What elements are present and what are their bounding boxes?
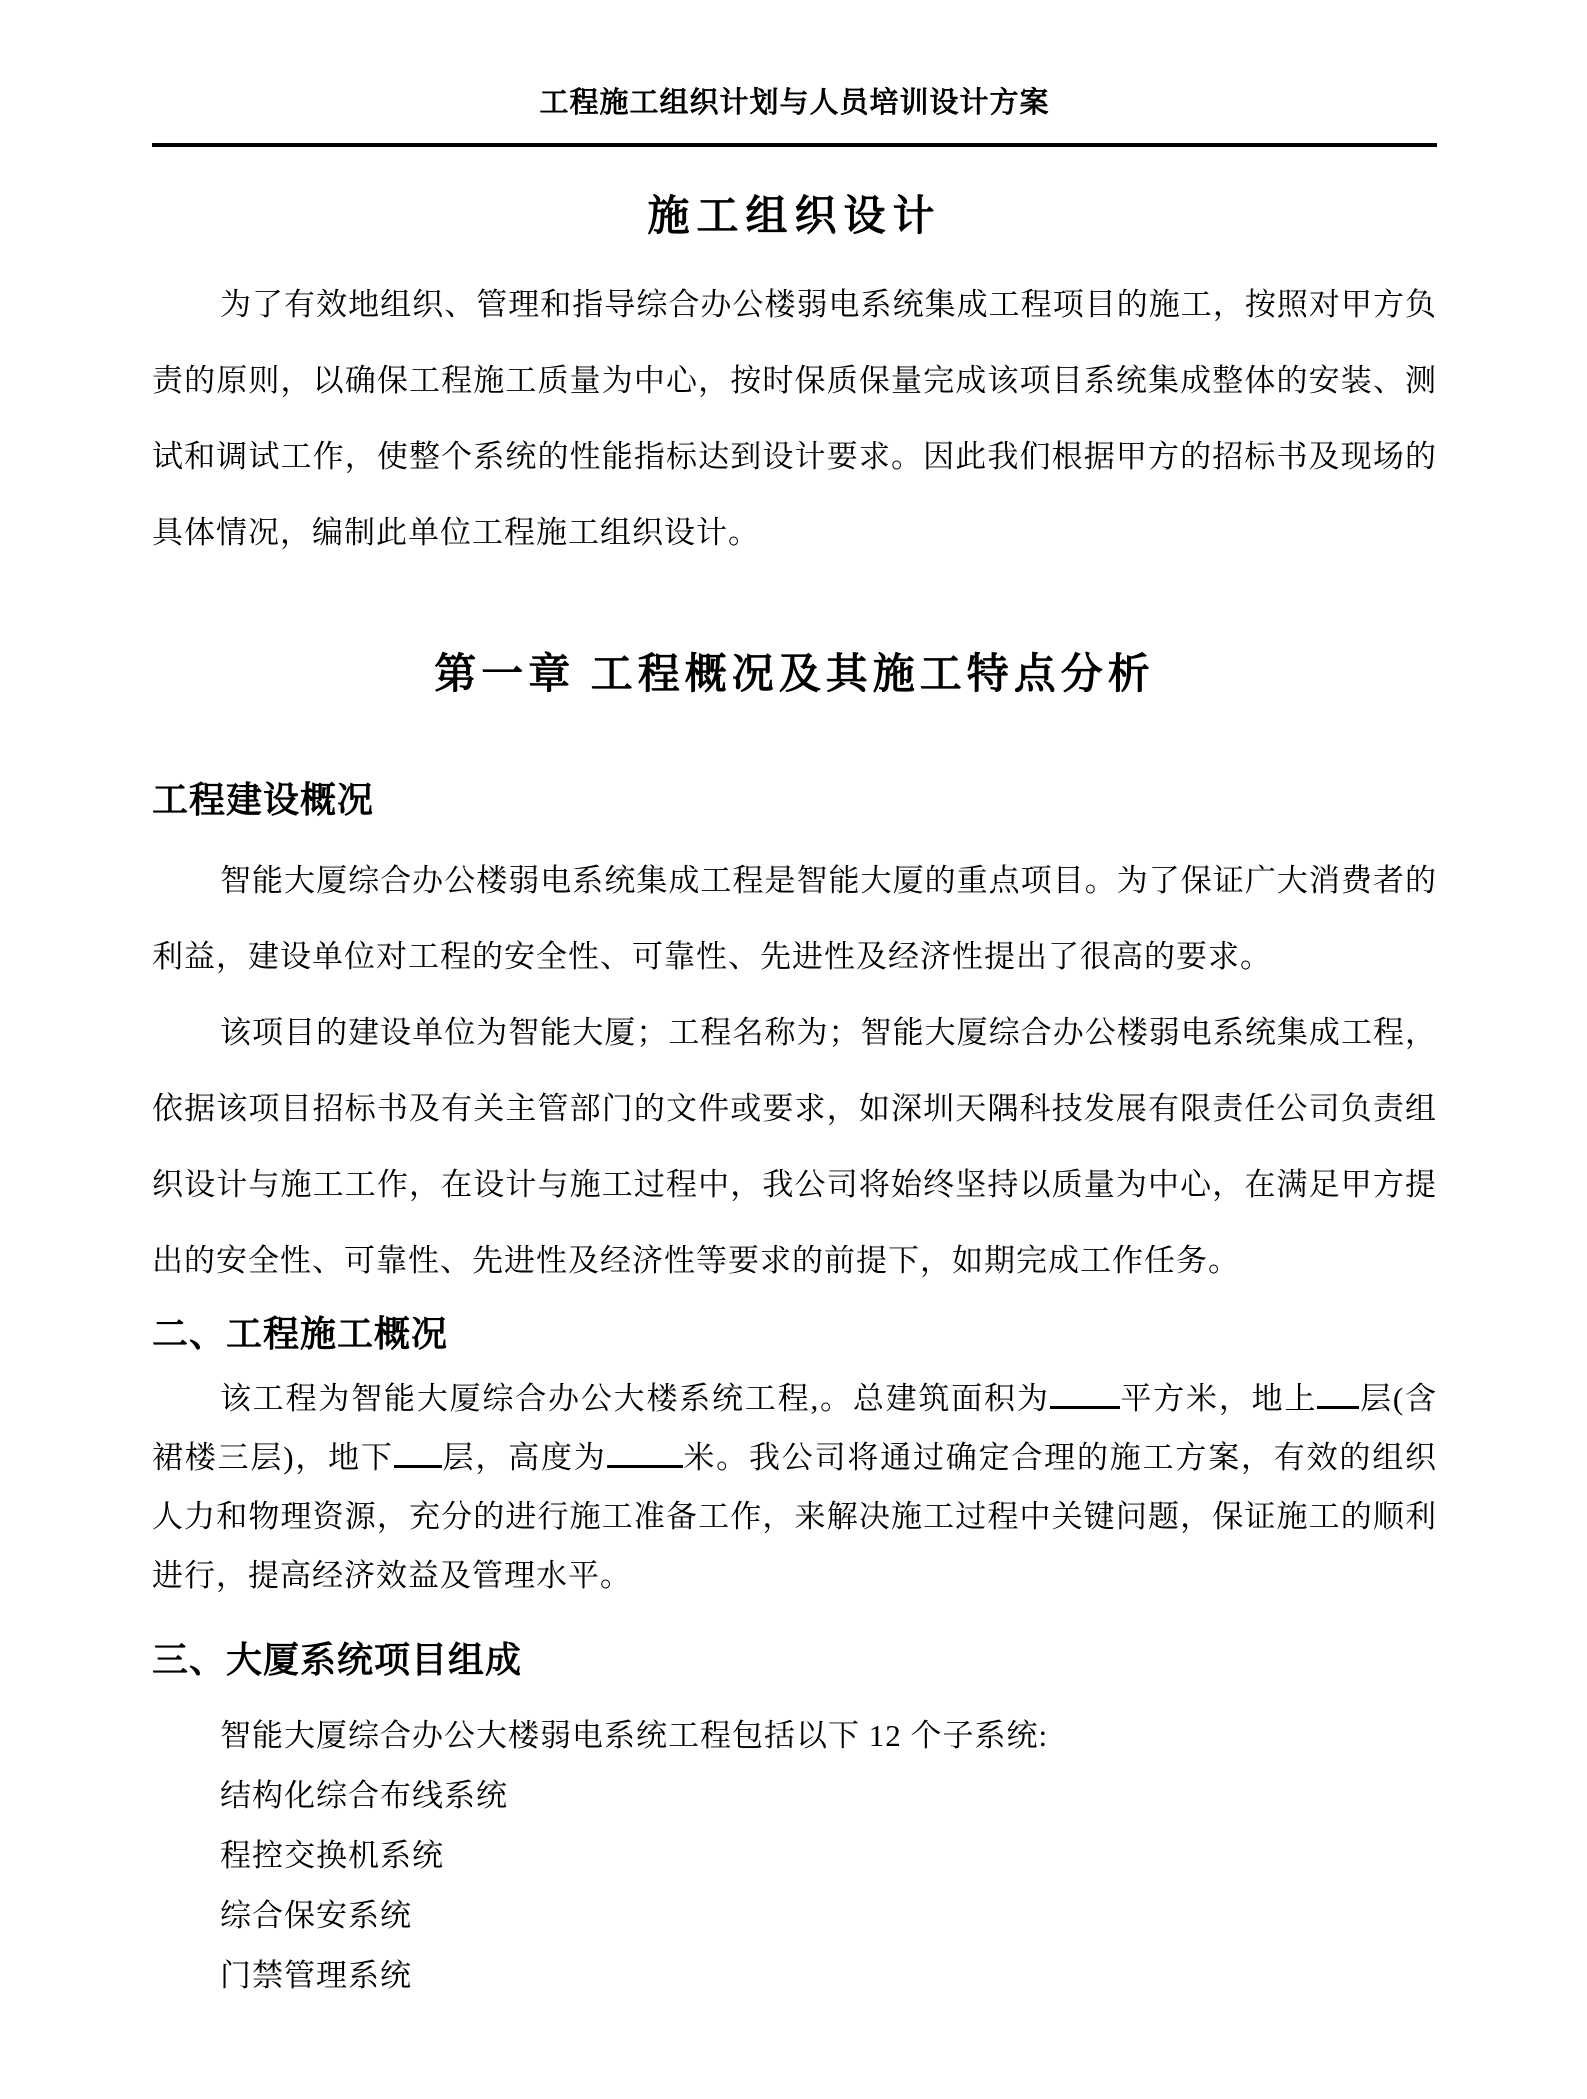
section-heading-systems: 三、大厦系统项目组成 bbox=[152, 1635, 1437, 1685]
overview-paragraph-1: 智能大厦综合办公楼弱电系统集成工程是智能大厦的重点项目。为了保证广大消费者的利益… bbox=[152, 843, 1437, 995]
system-list-item: 结构化综合布线系统 bbox=[152, 1766, 1437, 1826]
overview-paragraph-2: 该项目的建设单位为智能大厦；工程名称为；智能大厦综合办公楼弱电系统集成工程，依据… bbox=[152, 995, 1437, 1299]
construction-text-segment: 层，高度为 bbox=[442, 1440, 607, 1475]
construction-text-segment: 平方米，地上 bbox=[1120, 1381, 1318, 1416]
system-list-item: 综合保安系统 bbox=[152, 1886, 1437, 1946]
fill-in-blank-floors-above bbox=[1317, 1372, 1359, 1409]
intro-paragraph: 为了有效地组织、管理和指导综合办公楼弱电系统集成工程项目的施工，按照对甲方负责的… bbox=[152, 267, 1437, 571]
section-heading-overview: 工程建设概况 bbox=[152, 775, 1437, 825]
page-header: 工程施工组织计划与人员培训设计方案 bbox=[152, 86, 1437, 120]
systems-list: 智能大厦综合办公大楼弱电系统工程包括以下 12 个子系统: 结构化综合布线系统 … bbox=[152, 1706, 1437, 2006]
fill-in-blank-height bbox=[607, 1431, 683, 1468]
system-list-item: 程控交换机系统 bbox=[152, 1826, 1437, 1886]
section-heading-construction: 二、工程施工概况 bbox=[152, 1309, 1437, 1359]
construction-text-segment: 该工程为智能大厦综合办公大楼系统工程,。总建筑面积为 bbox=[220, 1381, 1050, 1416]
header-divider bbox=[152, 143, 1437, 147]
systems-intro: 智能大厦综合办公大楼弱电系统工程包括以下 12 个子系统: bbox=[152, 1706, 1437, 1766]
document-page: 工程施工组织计划与人员培训设计方案 施工组织设计 为了有效地组织、管理和指导综合… bbox=[0, 0, 1587, 2099]
fill-in-blank-floors-below bbox=[394, 1431, 442, 1468]
header-title: 工程施工组织计划与人员培训设计方案 bbox=[539, 87, 1049, 119]
document-title: 施工组织设计 bbox=[152, 191, 1437, 243]
fill-in-blank-area bbox=[1050, 1372, 1120, 1409]
chapter-heading: 第一章 工程概况及其施工特点分析 bbox=[152, 647, 1437, 703]
system-list-item: 门禁管理系统 bbox=[152, 1946, 1437, 2006]
construction-paragraph: 该工程为智能大厦综合办公大楼系统工程,。总建筑面积为平方米，地上层(含裙楼三层)… bbox=[152, 1369, 1437, 1605]
